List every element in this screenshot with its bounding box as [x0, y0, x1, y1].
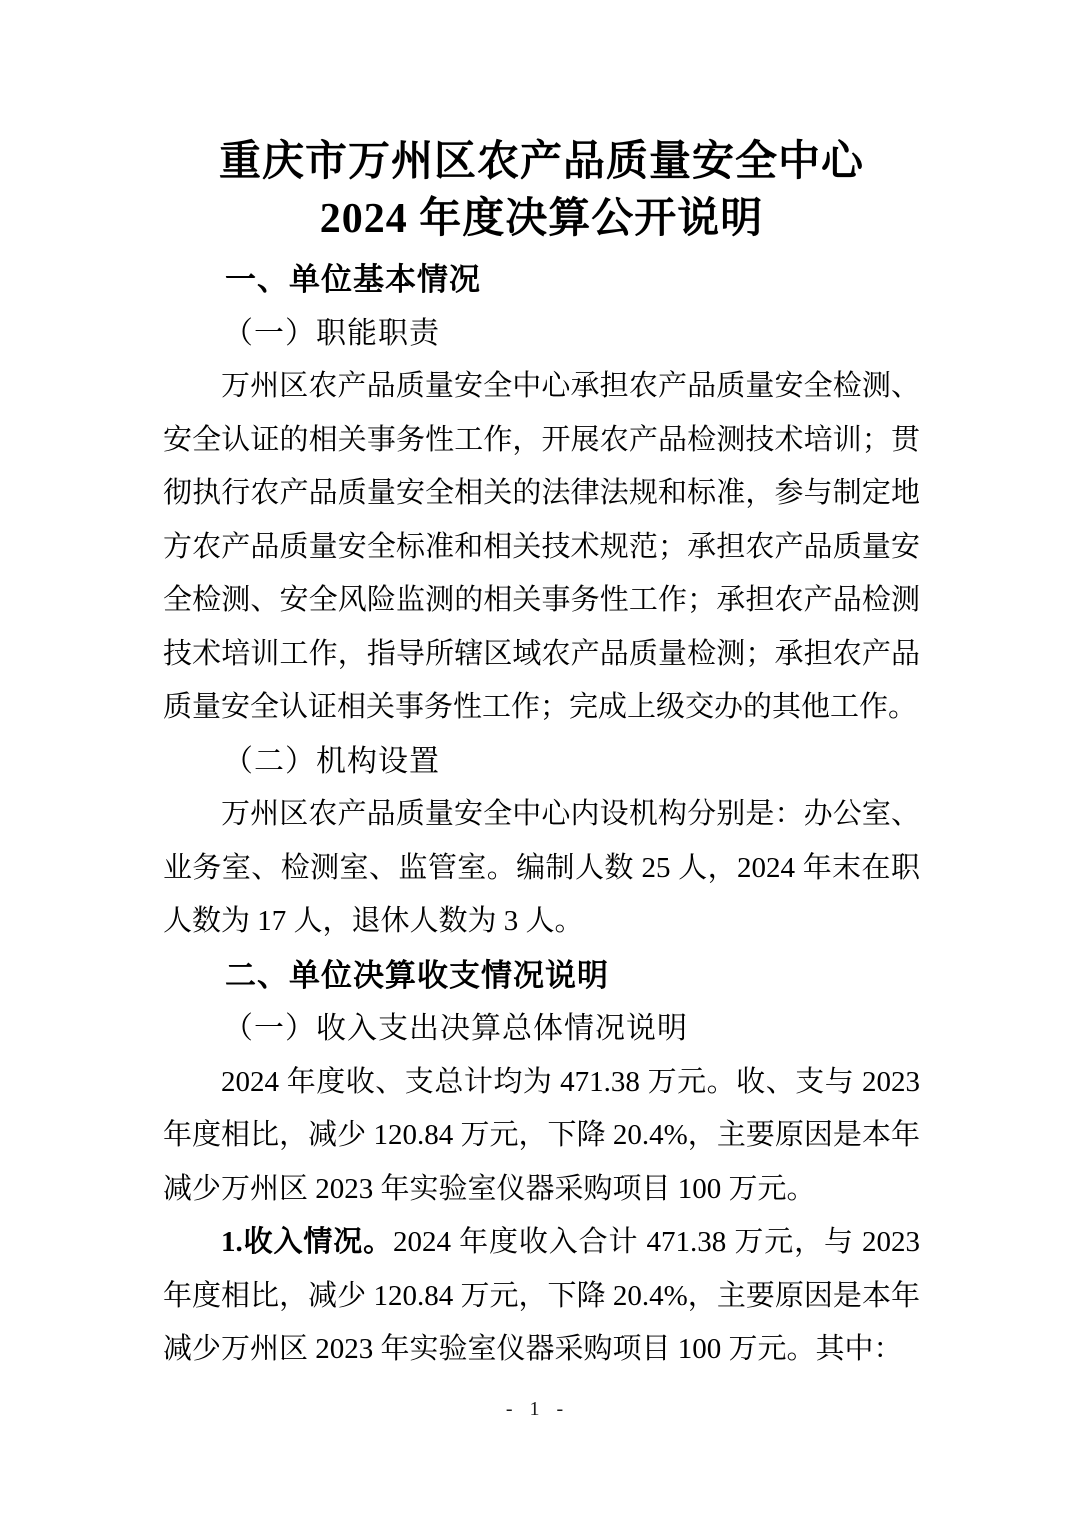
page-number: - 1 - [0, 1398, 1075, 1421]
income-detail-lead: 1.收入情况。 [221, 1226, 393, 1258]
subsection-heading-org-structure: （二）机构设置 [163, 735, 920, 789]
subsection-heading-duties: （一）职能职责 [163, 307, 920, 361]
document-title-line2: 2024 年度决算公开说明 [163, 191, 920, 248]
document-body: 一、单位基本情况 （一）职能职责 万州区农产品质量安全中心承担农产品质量安全检测… [163, 253, 920, 1377]
subsection-heading-income-expense-overview: （一）收入支出决算总体情况说明 [163, 1002, 920, 1056]
paragraph-income-expense-overview: 2024 年度收、支总计均为 471.38 万元。收、支与 2023 年度相比，… [163, 1056, 920, 1217]
document-title-line1: 重庆市万州区农产品质量安全中心 [163, 134, 920, 191]
section-heading-unit-basic-info: 一、单位基本情况 [163, 253, 920, 307]
document-title: 重庆市万州区农产品质量安全中心 2024 年度决算公开说明 [163, 134, 920, 248]
document-page: 重庆市万州区农产品质量安全中心 2024 年度决算公开说明 一、单位基本情况 （… [0, 0, 1075, 1520]
section-heading-budget-statement: 二、单位决算收支情况说明 [163, 949, 920, 1003]
paragraph-duties: 万州区农产品质量安全中心承担农产品质量安全检测、安全认证的相关事务性工作，开展农… [163, 360, 920, 735]
paragraph-income-detail: 1.收入情况。2024 年度收入合计 471.38 万元，与 2023 年度相比… [163, 1216, 920, 1377]
paragraph-org-structure: 万州区农产品质量安全中心内设机构分别是：办公室、业务室、检测室、监管室。编制人数… [163, 788, 920, 949]
document-content: 重庆市万州区农产品质量安全中心 2024 年度决算公开说明 一、单位基本情况 （… [163, 134, 920, 1377]
